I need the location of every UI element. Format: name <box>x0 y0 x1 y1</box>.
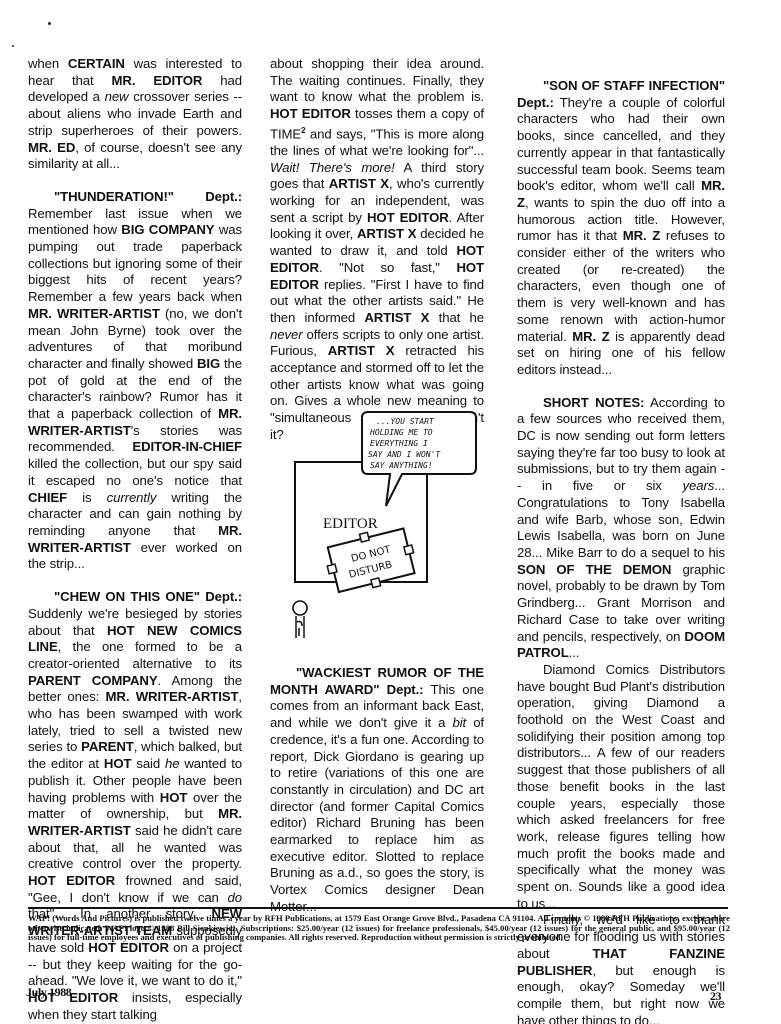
speech-text-line: SAY AND I WON'T <box>368 450 441 459</box>
column-2-lower: "WACKIEST RUMOR OF THE MONTH AWARD" Dept… <box>270 665 484 916</box>
paragraph-thunderation: "THUNDERATION!" Dept.: Remember last iss… <box>28 189 242 573</box>
speech-text-line: EVERYTHING I <box>370 439 428 448</box>
section-heading: "THUNDERATION!" Dept.: <box>54 189 242 204</box>
paragraph-wackiest-rumor: "WACKIEST RUMOR OF THE MONTH AWARD" Dept… <box>270 665 484 916</box>
colophon: WAP! (Words And Pictures) is published t… <box>28 914 730 943</box>
paragraph-short-notes: SHORT NOTES: According to a few sources … <box>517 395 725 662</box>
do-not-disturb-sign: DO NOT DISTURB <box>322 523 420 597</box>
paragraph-chew-on-this-one: "CHEW ON THIS ONE" Dept.: Suddenly we're… <box>28 589 242 1023</box>
editor-door-illustration: ...YOU START HOLDING ME TO EVERYTHING I … <box>280 410 490 640</box>
section-heading: "CHEW ON THIS ONE" Dept.: <box>54 589 242 604</box>
column-1: when CERTAIN was interested to hear that… <box>28 56 242 1023</box>
paragraph-son-of-staff-infection: "SON OF STAFF INFECTION" Dept.: They're … <box>517 78 725 379</box>
paragraph-certain: when CERTAIN was interested to hear that… <box>28 56 242 173</box>
page-number: 23 <box>710 989 721 1004</box>
editor-cartoon: ...YOU START HOLDING ME TO EVERYTHING I … <box>280 410 490 640</box>
speech-text-line: SAY ANYTHING! <box>370 461 433 470</box>
scan-speck <box>12 45 14 47</box>
scan-speck <box>48 22 51 25</box>
door-label: EDITOR <box>323 516 378 532</box>
column-3: "SON OF STAFF INFECTION" Dept.: They're … <box>517 78 725 1024</box>
column-2: about shopping their idea around. The wa… <box>270 56 484 444</box>
issue-date: July 1988 <box>26 985 71 1000</box>
speech-text-line: HOLDING ME TO <box>369 428 433 437</box>
paragraph-diamond-comics: Diamond Comics Distributors have bought … <box>517 662 725 913</box>
footer-divider <box>28 907 728 909</box>
paragraph-hot-editor-continued: about shopping their idea around. The wa… <box>270 56 484 444</box>
speech-text-line: ...YOU START <box>376 417 435 426</box>
section-heading: SHORT NOTES: <box>543 395 644 410</box>
